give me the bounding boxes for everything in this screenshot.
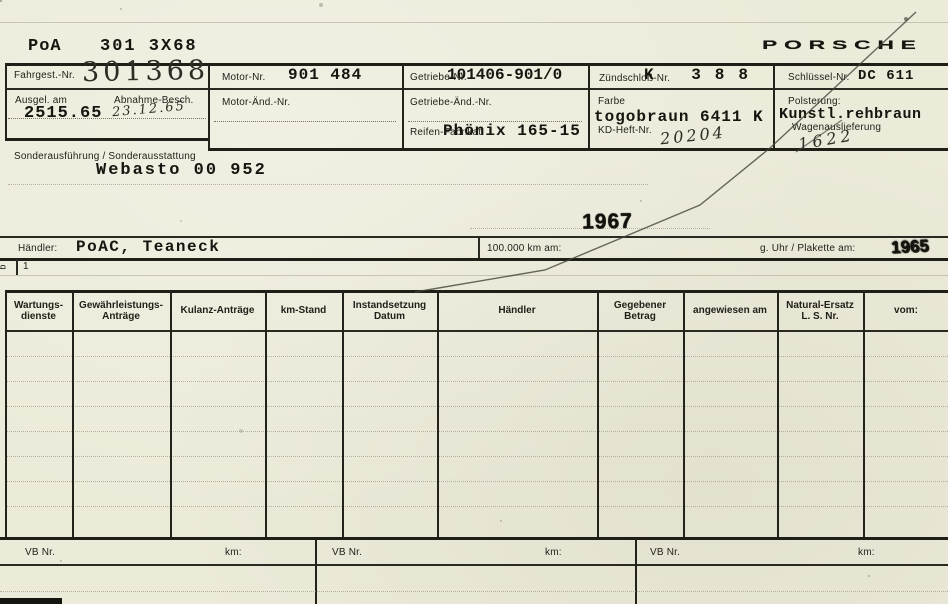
gearbox-change-number-label: Getriebe-Änd.-Nr. xyxy=(410,97,492,108)
dotted-line xyxy=(214,121,396,122)
table-header-bottom-line xyxy=(5,330,948,332)
header-col-line-4 xyxy=(773,63,775,148)
delivered-date-value: 2515.65 xyxy=(24,104,102,123)
header-box-bottom-line xyxy=(208,148,948,151)
dealer-band-bottom-line xyxy=(0,258,948,261)
100000-km-label: 100.000 km am: xyxy=(487,243,562,254)
engine-number-label: Motor-Nr. xyxy=(222,72,265,83)
dealer-label: Händler: xyxy=(18,243,57,254)
key-number-value: DC 611 xyxy=(858,68,914,84)
color-label: Farbe xyxy=(598,96,625,107)
col-header-km-reading: km-Stand xyxy=(266,292,341,330)
color-value: togobraun 6411 K xyxy=(594,108,764,126)
vb-number-label: VB Nr. xyxy=(25,547,55,558)
table-bottom-line xyxy=(0,537,948,540)
engine-change-number-label: Motor-Änd.-Nr. xyxy=(222,97,290,108)
scan-artifact-line xyxy=(0,22,948,23)
special-equipment-value: Webasto 00 952 xyxy=(96,161,267,180)
col-header-from: vom: xyxy=(864,292,948,330)
tire-brand-value: Phönix 165-15 xyxy=(443,122,581,140)
dealer-value: PoAC, Teaneck xyxy=(76,238,220,256)
service-card: PoA 301 3X68 PORSCHE Fahrgest.-Nr. 30136… xyxy=(0,0,948,604)
engine-number-value: 901 484 xyxy=(288,66,362,84)
key-number-label: Schlüssel-Nr. xyxy=(788,72,850,83)
card-prefix: PoA xyxy=(28,37,62,56)
service-booklet-number-value: 20204 xyxy=(659,123,727,149)
dealer-band-divider-line xyxy=(478,236,480,258)
vb-divider-line xyxy=(635,539,637,604)
table-row-guide xyxy=(5,481,948,482)
col-header-dealer: Händler xyxy=(438,292,596,330)
table-row-guide xyxy=(5,431,948,432)
table-row-guide xyxy=(5,456,948,457)
clock-plaque-label: g. Uhr / Plakette am: xyxy=(760,243,855,254)
header-row-divider-line xyxy=(5,88,948,90)
table-row-guide xyxy=(5,381,948,382)
header-box-left-line xyxy=(5,63,7,138)
table-row-guide xyxy=(5,356,948,357)
year-stamp: 1967 xyxy=(582,210,633,235)
col-header-maintenance: Wartungs- dienste xyxy=(6,292,71,330)
col-header-warranty-claims: Gewährleistungs- Anträge xyxy=(73,292,169,330)
edge-marker-number: 1 xyxy=(23,261,29,272)
header-col-line-2 xyxy=(402,63,404,148)
edge-marker-divider-line xyxy=(16,259,18,275)
porsche-logo: PORSCHE xyxy=(762,38,923,52)
dotted-line xyxy=(8,184,648,185)
table-row-guide xyxy=(5,406,948,407)
header-col-line-3 xyxy=(588,63,590,148)
col-header-goodwill-claims: Kulanz-Anträge xyxy=(171,292,264,330)
vb-number-label: VB Nr. xyxy=(650,547,680,558)
service-booklet-number-label: KD-Heft-Nr. xyxy=(598,125,652,136)
col-header-instructed-on: angewiesen am xyxy=(684,292,776,330)
vb-km-label: km: xyxy=(858,547,875,558)
plaque-year-stamp: 1965 xyxy=(891,236,930,258)
vb-divider-line xyxy=(315,539,317,604)
scan-noise xyxy=(0,0,2,2)
dotted-line xyxy=(8,118,206,119)
vb-band-bottom-line xyxy=(0,564,948,566)
scan-edge-mark xyxy=(0,598,62,604)
table-row-guide xyxy=(5,506,948,507)
vb-number-label: VB Nr. xyxy=(332,547,362,558)
upholstery-value: Kunstl.rehbraun xyxy=(779,106,922,123)
left-cell-bottom-line xyxy=(5,138,210,141)
col-header-repair-date: Instandsetzung Datum xyxy=(343,292,436,330)
vb-km-label: km: xyxy=(225,547,242,558)
chassis-number-handwritten: 301368 xyxy=(82,55,210,88)
card-number-typed: 301 3X68 xyxy=(100,37,198,56)
vb-km-label: km: xyxy=(545,547,562,558)
edge-marker-underline xyxy=(0,275,948,276)
dotted-line xyxy=(0,591,948,592)
col-header-amount-given: Gegebener Betrag xyxy=(598,292,682,330)
ignition-key-number-value: K 388 xyxy=(644,66,762,84)
edge-marker-letter: b xyxy=(0,264,8,269)
gearbox-number-value: 101406-901/0 xyxy=(447,66,562,84)
col-header-replacement-ls-nr: Natural-Ersatz L. S. Nr. xyxy=(778,292,862,330)
chassis-number-label: Fahrgest.-Nr. xyxy=(14,70,75,81)
